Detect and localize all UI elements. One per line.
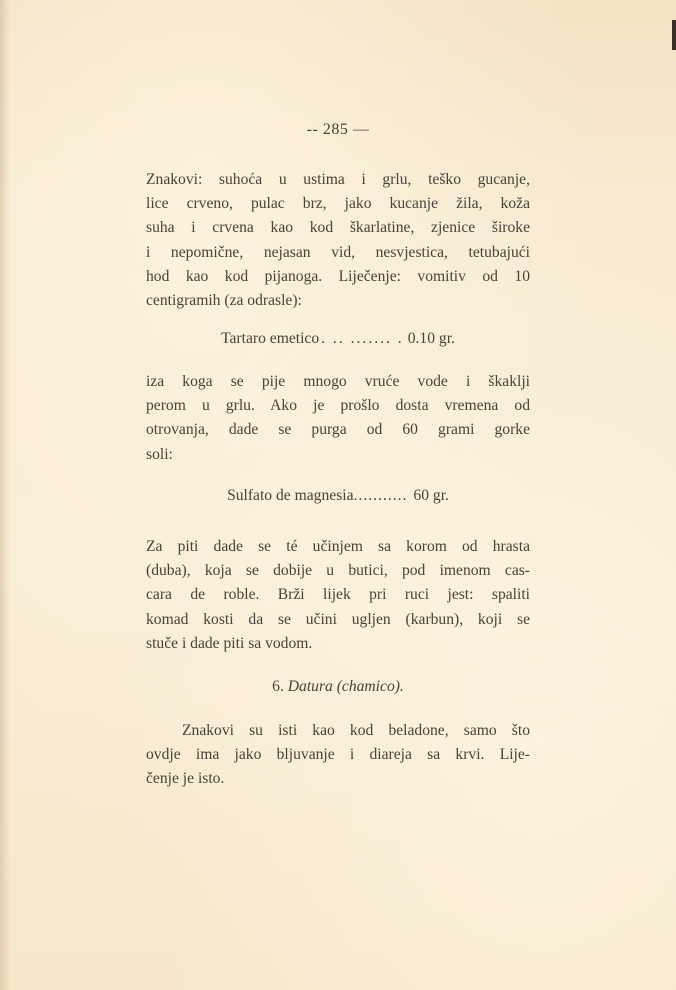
recipe-name: Sulfato de magnesia: [227, 487, 353, 504]
recipe-name: Tartaro emetico: [221, 330, 319, 347]
text-line: lice crveno, pulac brz, jako kucanje žil…: [146, 192, 530, 216]
page-number: -- 285 —: [0, 121, 676, 139]
text-line: Znakovi: suhoća u ustima i grlu, teško g…: [146, 168, 530, 192]
section-heading: 6. Datura (chamico).: [0, 678, 676, 696]
text-line: Znakovi su isti kao kod beladone, samo š…: [146, 719, 530, 743]
text-line: čenje je isto.: [146, 767, 530, 791]
text-line: ovdje ima jako bljuvanje i diareja sa kr…: [146, 743, 530, 767]
text-line: centigramih (za odrasle):: [146, 289, 530, 313]
paragraph-treatment: iza koga se pije mnogo vruće vode i škak…: [146, 370, 530, 467]
recipe-amount: 0.10 gr.: [408, 330, 455, 347]
text-line: (duba), koja se dobije u butici, pod ime…: [146, 559, 530, 583]
paragraph-remedy: Za piti dade se té učinjem sa korom od h…: [146, 535, 530, 656]
paragraph-symptoms: Znakovi: suhoća u ustima i grlu, teško g…: [146, 168, 530, 313]
book-page: -- 285 — Znakovi: suhoća u ustima i grlu…: [0, 0, 676, 990]
recipe-line-sulfato: Sulfato de magnesia...........60 gr.: [0, 487, 676, 505]
text-line: otrovanja, dade se purga od 60 grami gor…: [146, 418, 530, 442]
text-line: iza koga se pije mnogo vruće vode i škak…: [146, 370, 530, 394]
text-line: hod kao kod pijanoga. Liječenje: vomitiv…: [146, 265, 530, 289]
recipe-leader: ...........: [354, 487, 408, 504]
text-line: stuče i dade piti sa vodom.: [146, 632, 530, 656]
section-title: Datura (chamico).: [288, 678, 404, 695]
text-line: soli:: [146, 443, 530, 467]
section-number: 6.: [272, 678, 284, 695]
recipe-leader: . .. ....... .: [321, 330, 404, 347]
text-line: Za piti dade se té učinjem sa korom od h…: [146, 535, 530, 559]
text-line: i nepomične, nejasan vid, nesvjestica, t…: [146, 241, 530, 265]
text-line: cara de roble. Brži lijek pri ruci jest:…: [146, 583, 530, 607]
text-line: suha i crvena kao kod škarlatine, zjenic…: [146, 216, 530, 240]
paragraph-datura: Znakovi su isti kao kod beladone, samo š…: [146, 719, 530, 792]
recipe-line-tartaro: Tartaro emetico. .. ....... .0.10 gr.: [0, 330, 676, 348]
recipe-amount: 60 gr.: [413, 487, 449, 504]
text-line: komad kosti da se učini ugljen (karbun),…: [146, 608, 530, 632]
text-line: perom u grlu. Ako je prošlo dosta vremen…: [146, 394, 530, 418]
page-edge-mark: [672, 20, 676, 50]
